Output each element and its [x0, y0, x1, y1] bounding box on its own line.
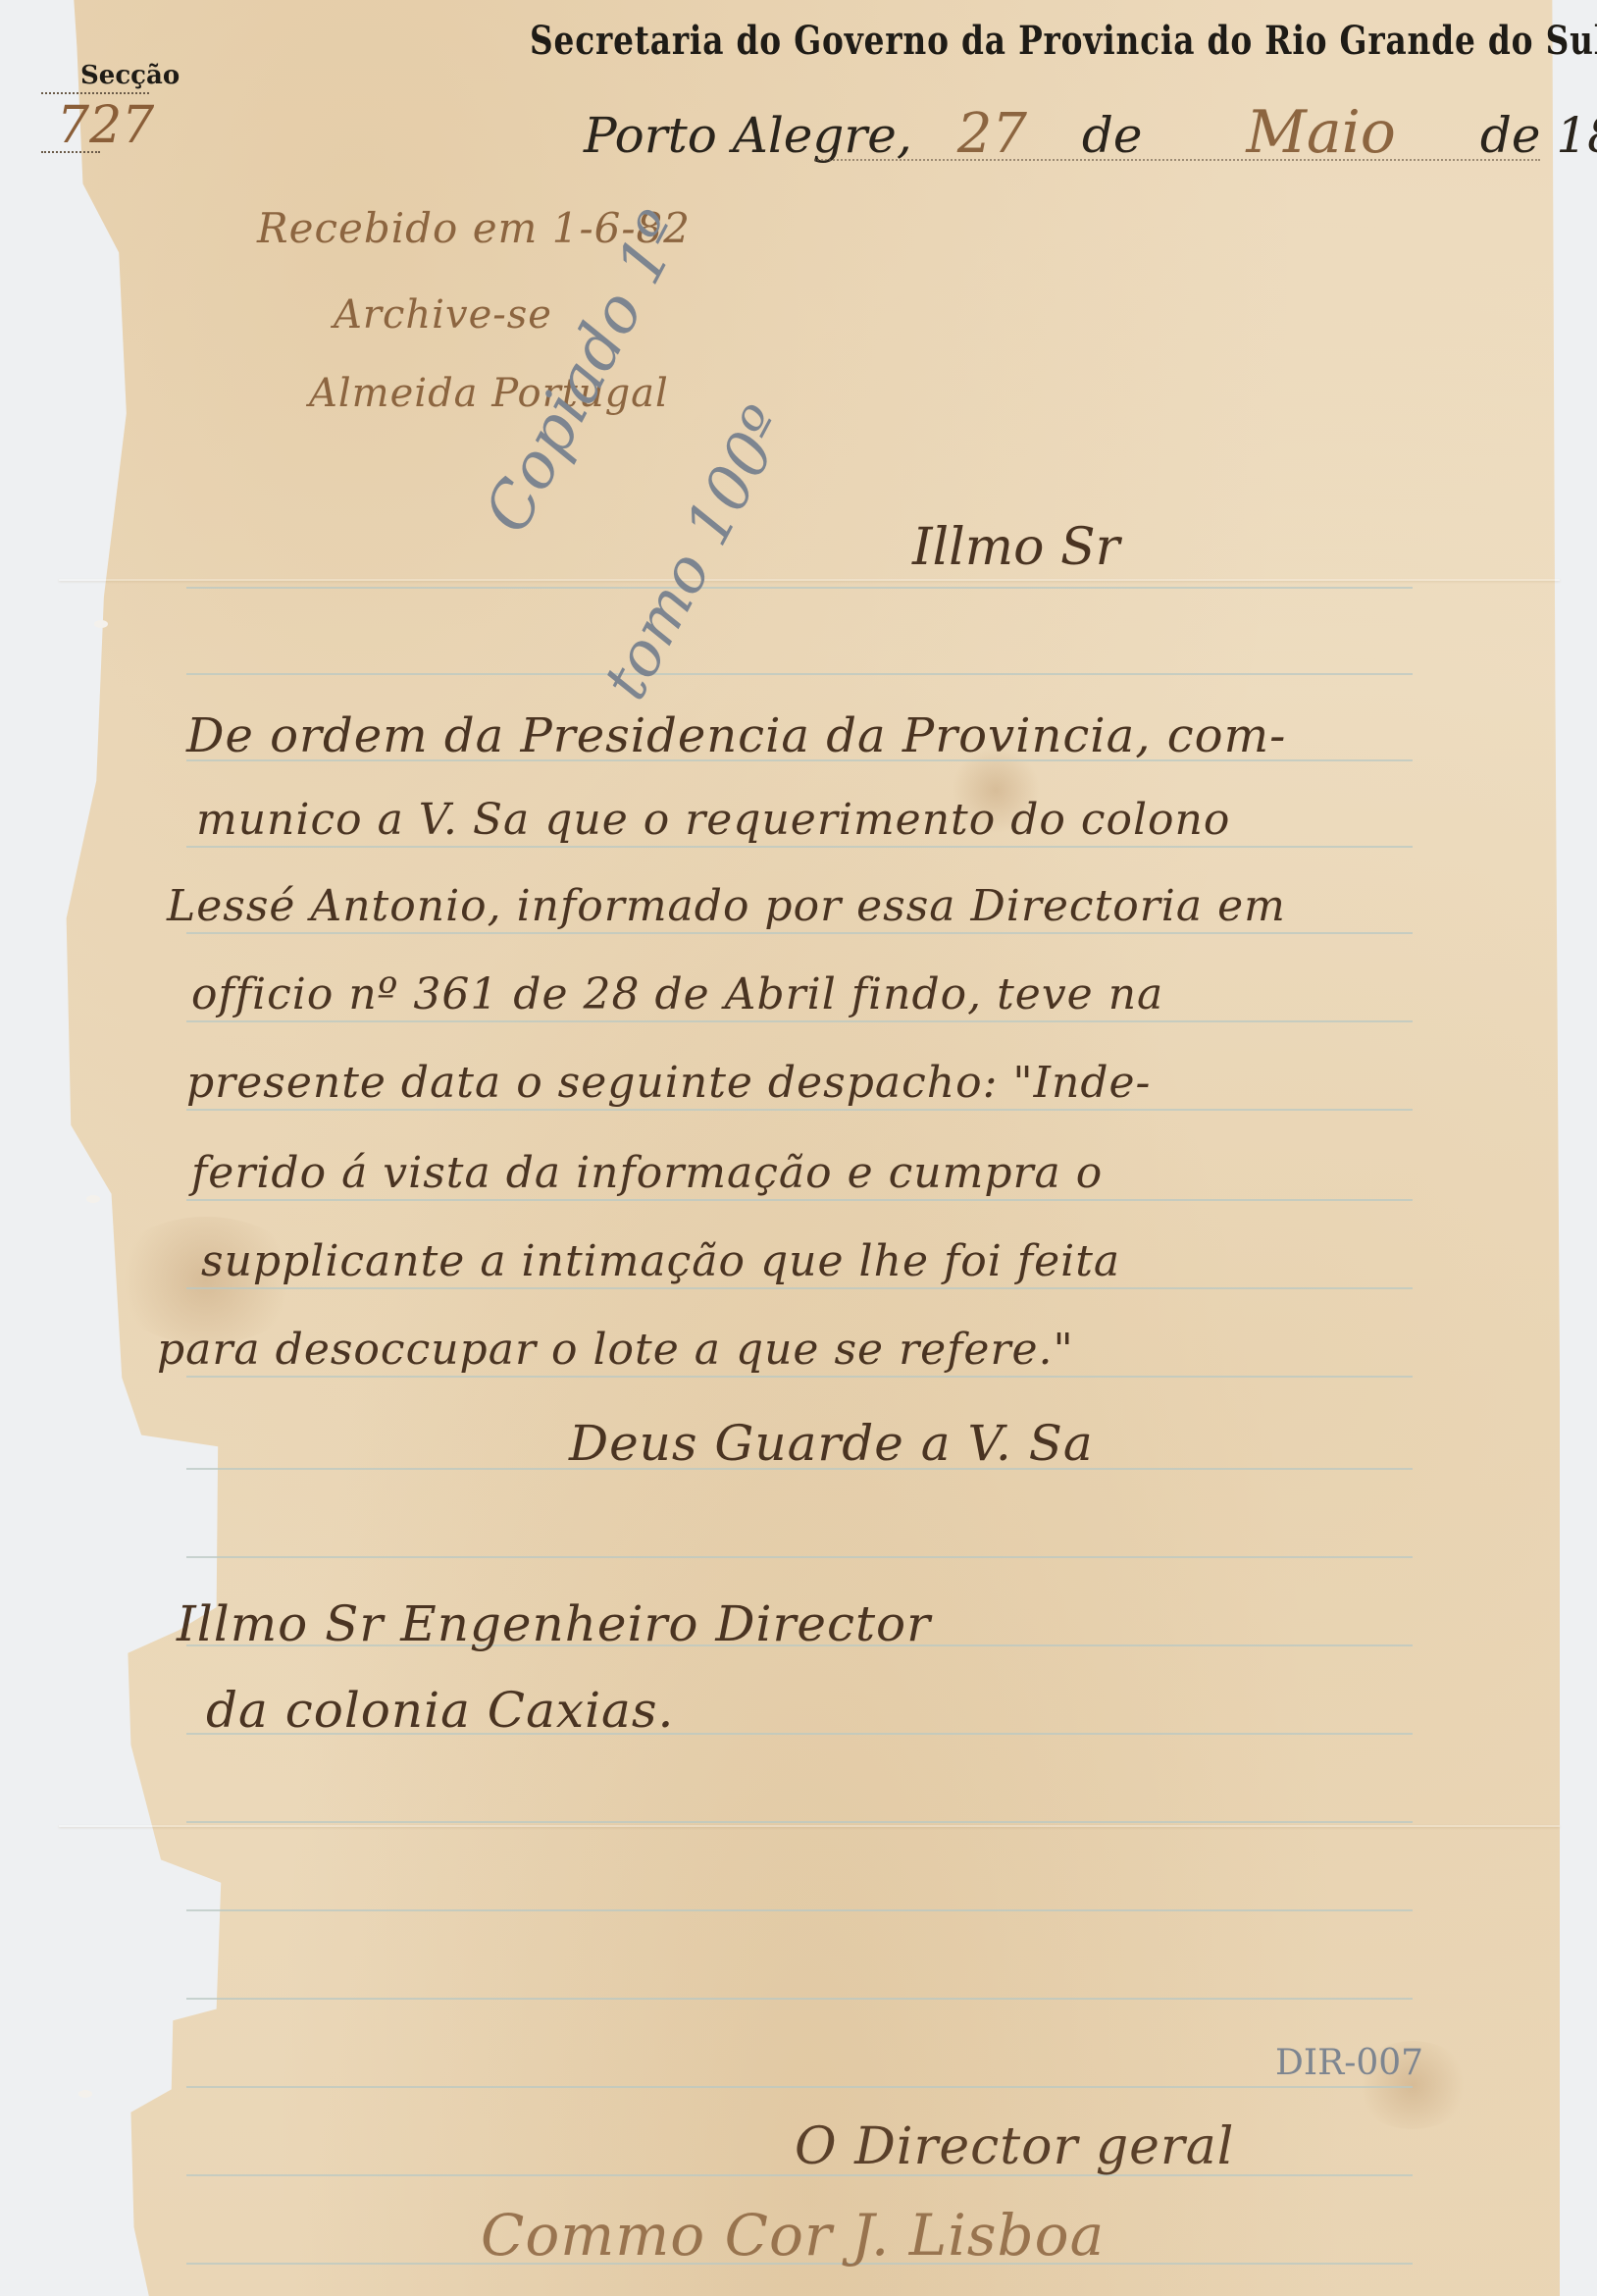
addressee-line-1: Illmo Sr Engenheiro Director: [177, 1595, 931, 1652]
ruled-line: [186, 1020, 1413, 1022]
signature-line-2: Commo Cor J. Lisboa: [481, 2202, 1105, 2269]
ruled-line: [186, 1287, 1413, 1289]
date-month: Maio: [1246, 98, 1396, 167]
paper-hole: [78, 2090, 92, 2098]
salutation: Illmo Sr: [912, 518, 1119, 577]
date-dotted-line: [814, 159, 1540, 161]
place-date-line: Porto Alegre, 27 de Maio de 1882: [584, 98, 1597, 167]
body-line: presente data o seguinte despacho: "Inde…: [186, 1058, 1151, 1108]
body-line: De ordem da Presidencia da Provincia, co…: [186, 708, 1286, 763]
date-de-2: de: [1480, 107, 1541, 164]
place-name: Porto Alegre,: [584, 107, 912, 164]
ruled-line: [186, 1376, 1413, 1378]
paper-hole: [94, 620, 108, 628]
body-line: supplicante a intimação que lhe foi feit…: [201, 1236, 1120, 1286]
archive-code: DIR-007: [1275, 2043, 1423, 2083]
date-day: 27: [957, 102, 1027, 166]
body-line: ferido á vista da informação e cumpra o: [191, 1148, 1103, 1198]
date-year: 1882: [1556, 107, 1597, 164]
dotted-line: [41, 92, 149, 94]
ruled-line: [186, 1998, 1413, 2000]
date-de-1: de: [1082, 107, 1143, 164]
body-line: Lessé Antonio, informado por essa Direct…: [167, 881, 1286, 931]
fold-crease: [59, 579, 1560, 581]
ruled-line: [186, 1199, 1413, 1201]
fold-crease: [59, 1825, 1560, 1827]
body-line: officio nº 361 de 28 de Abril findo, tev…: [191, 969, 1163, 1019]
signature-line-1: O Director geral: [795, 2117, 1234, 2176]
paper-hole: [86, 1195, 100, 1203]
ruled-line: [186, 1109, 1413, 1111]
ruled-line: [186, 587, 1413, 589]
seccao-label: Secção: [80, 61, 180, 90]
ruled-line: [186, 1909, 1413, 1911]
dotted-line: [41, 151, 100, 153]
archive-note: Archive-se: [334, 292, 552, 338]
closing: Deus Guarde a V. Sa: [569, 1415, 1094, 1472]
ruled-line: [186, 932, 1413, 934]
addressee-line-2: da colonia Caxias.: [206, 1682, 674, 1739]
ruled-line: [186, 673, 1413, 675]
letterhead-title: Secretaria do Governo da Provincia do Ri…: [530, 18, 1382, 64]
ruled-line: [186, 1556, 1413, 1558]
body-line: munico a V. Sa que o requerimento do col…: [196, 795, 1230, 845]
ruled-line: [186, 846, 1413, 848]
ruled-line: [186, 2086, 1413, 2088]
ruled-line: [186, 1821, 1413, 1823]
body-line: para desoccupar o lote a que se refere.": [157, 1325, 1074, 1375]
seccao-number: 727: [57, 96, 154, 155]
